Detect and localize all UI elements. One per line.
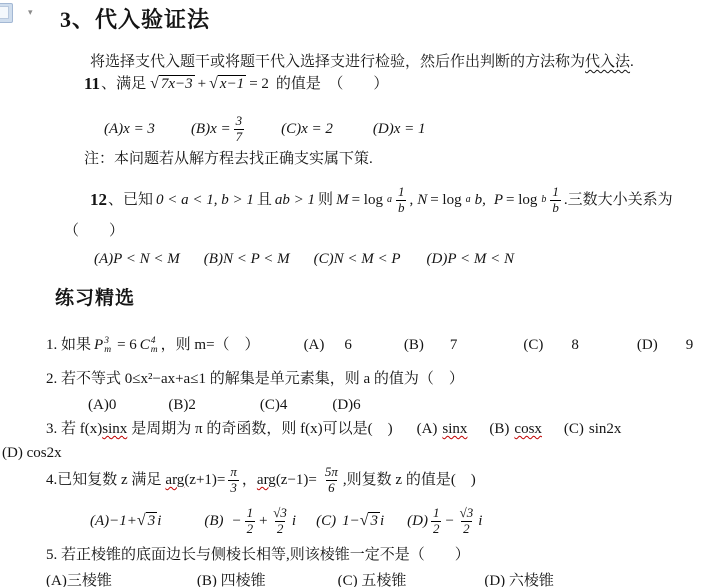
fraction-numerator: √3	[458, 506, 476, 520]
q1-option-b-value: 7	[450, 335, 458, 355]
q4-option-d-label: (D)	[407, 511, 428, 531]
q4-option-b-post: i	[292, 511, 296, 531]
intro-text: 将选择支代入题干或将题干代入选择支进行检验，然后作出判断的方法称为	[90, 54, 585, 70]
q4-option-b-fraction-2: √3 2	[271, 506, 289, 536]
q12-options: (A)P < N < M (B)N < P < M (C)N < M < P (…	[94, 249, 514, 269]
practice-heading: 练习精选	[55, 287, 135, 311]
radical-sign-icon: √	[209, 75, 218, 93]
q2-option-c: (C)4	[260, 395, 288, 415]
q4-fraction-2: 5π 6	[323, 465, 340, 495]
q12-n-symbol: N	[417, 190, 427, 210]
q1-option-b-label: (B)	[404, 335, 424, 355]
q12-n-value: b	[475, 190, 483, 210]
intro-term-underlined: 代入法	[585, 54, 630, 70]
q11-options: (A) x = 3 (B) x = 3 7 (C) x = 2 (D) x = …	[104, 110, 426, 148]
fraction-denominator: 7	[234, 129, 245, 144]
fraction-numerator: 3	[234, 114, 245, 128]
q1-option-a-value: 6	[344, 335, 352, 355]
q1-tail: ，则 m=（ ）	[161, 335, 260, 355]
q12-m-after: ,	[409, 190, 413, 210]
practice-q5: 5. 若正棱锥的底面边长与侧棱长相等,则该棱锥一定不是（ ）	[46, 545, 470, 565]
fraction-numerator: 5π	[323, 465, 340, 479]
q4-arg1-misspelled: arg	[165, 470, 184, 490]
q12-m-base: a	[387, 190, 392, 210]
q12-n-after: ,	[482, 190, 486, 210]
q12-separator: 、	[108, 190, 123, 210]
fraction-denominator: 2	[275, 521, 286, 536]
q4-tail: ,则复数 z 的值是( )	[343, 470, 476, 490]
q5-option-b: (B) 四棱锥	[197, 571, 266, 587]
q11-option-b-value: x =	[210, 119, 231, 139]
q12-m-fraction: 1 b	[396, 185, 407, 215]
q3-option-c-label: (C)	[564, 419, 584, 439]
q11-tail: 的值是 （ ）	[276, 74, 389, 94]
q1-option-d-value: 9	[686, 335, 694, 355]
q11-option-c-value: x = 2	[301, 119, 333, 139]
q1-option-d-label: (D)	[637, 335, 658, 355]
radical-1: √ 7x−3	[150, 75, 195, 93]
q4-option-c-post: i	[380, 511, 384, 531]
q4-option-c-label: (C)	[316, 511, 336, 531]
q4-option-b-label: (B)	[204, 511, 223, 531]
q12-option-a: (A)P < N < M	[94, 249, 180, 269]
q3-sinx-misspelled: sinx	[102, 419, 127, 439]
q4-option-b-minus: −	[232, 511, 242, 531]
radical-sign-icon: √	[150, 75, 159, 93]
fraction-denominator: 2	[461, 521, 472, 536]
q1-option-a-label: (A)	[304, 335, 325, 355]
intro-paragraph: 将选择支代入题干或将题干代入选择支进行检验，然后作出判断的方法称为代入法.	[90, 52, 634, 72]
fraction-numerator: 1	[245, 506, 256, 520]
q3-option-c-value: sin2x	[589, 419, 622, 439]
q4-pre: 4.已知复数 z 满足	[46, 470, 161, 490]
q12-then: 则	[318, 190, 333, 210]
q4-fraction-1: π 3	[228, 465, 239, 495]
q12-m-symbol: M	[336, 190, 349, 210]
q12-condition-2: ab > 1	[275, 190, 315, 210]
q5-options: (A)三棱锥 (B) 四棱锥 (C) 五棱锥 (D) 六棱锥	[46, 571, 554, 587]
q12-number: 12	[90, 190, 107, 210]
subscript: m	[104, 346, 111, 355]
q2-option-a: (A)0	[88, 395, 116, 415]
q4-options: (A) −1+ √ 3 i (B) − 1 2 + √3 2 i (C) 1− …	[90, 501, 482, 541]
q1-option-c-label: (C)	[523, 335, 543, 355]
q4-option-a-radical: √ 3	[137, 512, 157, 530]
q12-n-eq: = log	[430, 190, 461, 210]
document-page: ▾ 3、代入验证法 将选择支代入题干或将题干代入选择支进行检验，然后作出判断的方…	[0, 0, 720, 587]
radicand-2: x−1	[218, 75, 246, 93]
q4-comma: ，	[242, 470, 257, 490]
q11-option-d-label: (D)	[373, 119, 394, 139]
q3-pre: 3. 若 f(x)	[46, 419, 102, 439]
q12-answer-parens: （ ）	[64, 221, 124, 241]
radical-sign-icon: √	[360, 512, 369, 530]
chevron-down-icon: ▾	[28, 8, 33, 18]
q5-option-a: (A)三棱锥	[46, 571, 112, 587]
q12-stem: 12 、 已知 0 < a < 1, b > 1 且 ab > 1 则 M = …	[90, 180, 673, 220]
q1-c-scripts: 4 m	[151, 337, 158, 355]
intro-period: .	[630, 54, 634, 70]
q11-option-b-label: (B)	[191, 119, 210, 139]
q11-stem: 11 、 满足 √ 7x−3 + √ x−1 = 2 的值是 （ ）	[84, 74, 388, 94]
q3-option-a-label: (A)	[417, 419, 438, 439]
section-title: 3、代入验证法	[60, 6, 210, 34]
q12-m-eq: = log	[352, 190, 383, 210]
q4-option-a-pre: −1+	[109, 511, 137, 531]
q12-lead: 已知	[123, 190, 153, 210]
q12-p-fraction: 1 b	[550, 185, 561, 215]
q12-and: 且	[257, 190, 272, 210]
q12-p-eq: = log	[506, 190, 537, 210]
clipboard-icon	[0, 3, 13, 23]
practice-q1: 1. 如果 P 3 m = 6 C 4 m ，则 m=（ ） (A) 6 (B)…	[46, 333, 693, 357]
subscript: m	[151, 346, 158, 355]
fraction-denominator: 2	[431, 521, 442, 536]
plus-sign: +	[198, 74, 206, 94]
q11-equals: = 2	[249, 74, 269, 94]
radicand: 3	[368, 512, 380, 530]
fraction-denominator: 6	[326, 480, 337, 495]
q1-symbol-c: C	[140, 335, 150, 355]
q1-lead: 1. 如果	[46, 335, 91, 355]
q4-option-d-minus: −	[444, 511, 454, 531]
q11-option-c-label: (C)	[281, 119, 301, 139]
q12-option-b: (B)N < P < M	[204, 249, 290, 269]
practice-q3: 3. 若 f(x) sinx 是周期为 π 的奇函数，则 f(x)可以是( ) …	[46, 419, 621, 439]
q2-options: (A)0 (B)2 (C)4 (D)6	[88, 395, 361, 415]
q4-option-c-radical: √ 3	[360, 512, 380, 530]
q11-option-d-value: x = 1	[394, 119, 426, 139]
fraction-denominator: 3	[228, 480, 239, 495]
q11-separator: 、	[101, 74, 116, 94]
radicand: 3	[146, 512, 158, 530]
q1-symbol-p: P	[94, 335, 103, 355]
q11-option-a-label: (A)	[104, 119, 123, 139]
q12-n-base: a	[466, 190, 471, 210]
q5-option-c: (C) 五棱锥	[338, 571, 407, 587]
q2-option-d: (D)6	[332, 395, 360, 415]
fraction-numerator: 1	[550, 185, 561, 199]
radical-sign-icon: √	[137, 512, 146, 530]
q4-option-c-pre: 1−	[342, 511, 360, 531]
q4-option-a-post: i	[157, 511, 161, 531]
q3-option-b-label: (B)	[489, 419, 509, 439]
q12-p-symbol: P	[494, 190, 503, 210]
fraction-denominator: b	[396, 200, 407, 215]
radicand-1: 7x−3	[159, 75, 195, 93]
radical-2: √ x−1	[209, 75, 246, 93]
q4-option-b-fraction-1: 1 2	[245, 506, 256, 536]
fraction-numerator: √3	[271, 506, 289, 520]
fraction-denominator: 2	[245, 521, 256, 536]
q4-arg2-misspelled: arg	[257, 470, 276, 490]
practice-q2: 2. 若不等式 0≤x²−ax+a≤1 的解集是单元素集，则 a 的值为（ ）	[46, 369, 464, 389]
q11-option-a-value: x = 3	[123, 119, 155, 139]
fraction-numerator: 1	[396, 185, 407, 199]
q5-option-d: (D) 六棱锥	[484, 571, 554, 587]
q2-option-b: (B)2	[168, 395, 196, 415]
q11-option-b-fraction: 3 7	[234, 114, 245, 144]
q4-paren-expr-1: (z+1)=	[184, 470, 225, 490]
fraction-numerator: 1	[431, 506, 442, 520]
q1-p-scripts: 3 m	[104, 337, 111, 355]
q1-mid: = 6	[117, 335, 137, 355]
q4-option-a-label: (A)	[90, 511, 109, 531]
q12-condition-1: 0 < a < 1, b > 1	[156, 190, 254, 210]
q12-tail: .三数大小关系为	[564, 190, 673, 210]
paste-options-button[interactable]: ▾	[0, 3, 40, 25]
fraction-numerator: π	[228, 465, 239, 479]
q11-note: 注：本问题若从解方程去找正确支实属下策.	[84, 149, 373, 169]
q3-option-b-value: cosx	[514, 419, 542, 439]
q4-option-d-post: i	[478, 511, 482, 531]
q11-number: 11	[84, 74, 100, 94]
practice-q4: 4.已知复数 z 满足 arg (z+1)= π 3 ， arg (z−1)= …	[46, 459, 476, 501]
q4-option-d-fraction-1: 1 2	[431, 506, 442, 536]
q3-mid: 是周期为 π 的奇函数，则 f(x)可以是( )	[131, 419, 392, 439]
q12-option-c: (C)N < M < P	[314, 249, 401, 269]
q11-lead: 满足	[116, 74, 146, 94]
q12-p-base: b	[541, 190, 546, 210]
q12-option-d: (D)P < M < N	[427, 249, 514, 269]
fraction-denominator: b	[550, 200, 561, 215]
q4-option-b-plus: +	[258, 511, 268, 531]
q1-option-c-value: 8	[571, 335, 579, 355]
q4-option-d-fraction-2: √3 2	[458, 506, 476, 536]
q3-option-a-value: sinx	[442, 419, 467, 439]
q4-paren-expr-2: (z−1)=	[276, 470, 317, 490]
